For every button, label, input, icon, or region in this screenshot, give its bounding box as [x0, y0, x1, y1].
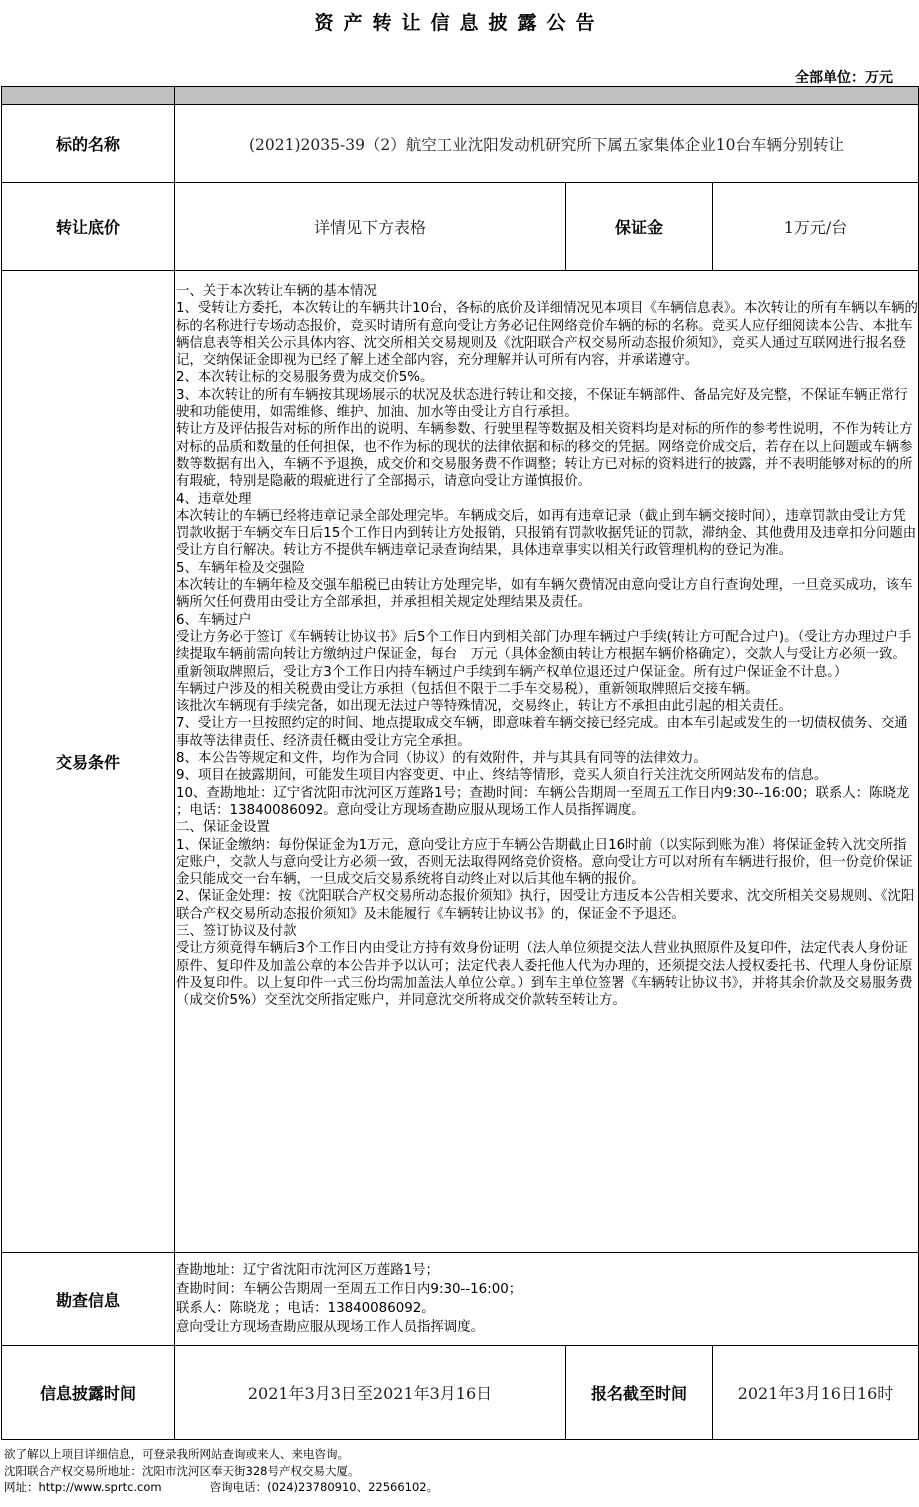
disclosure-table: 标的名称 (2021)2035-39（2）航空工业沈阳发动机研究所下属五家集体企… — [1, 86, 919, 1440]
conditions-row: 交易条件 一、关于本次转让车辆的基本情况 1、受转让方委托，本次转让的车辆共计1… — [2, 271, 919, 1253]
condition-line: 8、本公告等规定和文件，均作为合同（协议）的有效附件，并与其具有同等的法律效力。 — [176, 750, 918, 767]
condition-line: 3、本次转让的所有车辆按其现场展示的状况及状态进行转让和交接，不保证车辆部件、备… — [176, 387, 918, 422]
condition-line: 二、保证金设置 — [176, 819, 918, 836]
disclosure-time-row: 信息披露时间 2021年3月3日至2021年3月16日 报名截至时间 2021年… — [2, 1346, 919, 1440]
header-cell-left — [2, 87, 175, 105]
page-title: 资产转让信息披露公告 — [0, 8, 919, 35]
disclosure-time-label: 信息披露时间 — [2, 1346, 175, 1440]
subject-name-row: 标的名称 (2021)2035-39（2）航空工业沈阳发动机研究所下属五家集体企… — [2, 105, 919, 183]
condition-line: 一、关于本次转让车辆的基本情况 — [176, 283, 918, 300]
header-cell-right — [175, 87, 919, 105]
registration-deadline-value: 2021年3月16日16时 — [713, 1346, 919, 1440]
footer-info-line: 欲了解以上项目详细信息，可登录我所网站查询或来人、来电咨询。 — [4, 1446, 438, 1463]
condition-line: 2、本次转让标的交易服务费为成交价5%。 — [176, 369, 918, 386]
condition-line: 6、车辆过户 — [176, 612, 918, 629]
phone-value: (024)23780910、22566102。 — [267, 1480, 438, 1494]
inspection-line: 联系人：陈晓龙 ；电话：13840086092。 — [176, 1299, 918, 1318]
unit-label: 全部单位：万元 — [795, 67, 893, 87]
registration-deadline-label: 报名截至时间 — [566, 1346, 713, 1440]
condition-line: 转让方及评估报告对标的所作出的说明、车辆参数、行驶里程等数据及相关资料均是对标的… — [176, 421, 918, 490]
conditions-text: 一、关于本次转让车辆的基本情况 1、受转让方委托，本次转让的车辆共计10台，各标… — [175, 271, 919, 1253]
subject-name-value: (2021)2035-39（2）航空工业沈阳发动机研究所下属五家集体企业10台车… — [175, 105, 919, 183]
phone-label: 咨询电话： — [210, 1480, 268, 1494]
reserve-price-row: 转让底价 详情见下方表格 保证金 1万元/台 — [2, 183, 919, 271]
disclosure-time-value: 2021年3月3日至2021年3月16日 — [175, 1346, 566, 1440]
deposit-label: 保证金 — [566, 183, 713, 271]
footer-address-line: 沈阳联合产权交易所地址：沈阳市沈河区奉天街328号产权交易大厦。 — [4, 1463, 438, 1480]
conditions-label: 交易条件 — [2, 271, 175, 1253]
condition-line: 10、查勘地址：辽宁省沈阳市沈河区万莲路1号；查勘时间：车辆公告期周一至周五工作… — [176, 785, 918, 820]
condition-line: 受让方务必于签订《车辆转让协议书》后5个工作日内到相关部门办理车辆过户手续(转让… — [176, 629, 918, 681]
condition-line: 9、项目在披露期间，可能发生项目内容变更、中止、终结等情形，竞买人须自行关注沈交… — [176, 767, 918, 784]
header-row — [2, 87, 919, 105]
condition-line: 1、保证金缴纳：每份保证金为1万元，意向受让方应于车辆公告期截止日16时前（以实… — [176, 837, 918, 889]
website-link[interactable]: http://www.sprtc.com — [39, 1480, 162, 1494]
condition-line: 7、受让方一旦按照约定的时间、地点提取成交车辆，即意味着车辆交接已经完成。由本车… — [176, 715, 918, 750]
footer-contact-line: 网址：http://www.sprtc.com咨询电话：(024)2378091… — [4, 1479, 438, 1496]
condition-line: 5、车辆年检及交强险 — [176, 560, 918, 577]
inspection-line: 意向受让方现场查勘应服从现场工作人员指挥调度。 — [176, 1318, 918, 1337]
inspection-label: 勘查信息 — [2, 1253, 175, 1346]
condition-line: 1、受转让方委托，本次转让的车辆共计10台，各标的底价及详细情况见本项目《车辆信… — [176, 300, 918, 369]
condition-line: 2、保证金处理：按《沈阳联合产权交易所动态报价须知》执行，因受让方违反本公告相关… — [176, 888, 918, 923]
inspection-line: 查勘地址：辽宁省沈阳市沈河区万莲路1号； — [176, 1261, 918, 1280]
inspection-line: 查勘时间：车辆公告期周一至周五工作日内9:30--16:00； — [176, 1280, 918, 1299]
reserve-price-value: 详情见下方表格 — [175, 183, 566, 271]
condition-line: 车辆过户涉及的相关税费由受让方承担（包括但不限于二手车交易税），重新领取牌照后交… — [176, 681, 918, 698]
inspection-row: 勘查信息 查勘地址：辽宁省沈阳市沈河区万莲路1号； 查勘时间：车辆公告期周一至周… — [2, 1253, 919, 1346]
website-label: 网址： — [4, 1480, 39, 1494]
subject-name-label: 标的名称 — [2, 105, 175, 183]
deposit-value: 1万元/台 — [713, 183, 919, 271]
condition-line: 受让方须竟得车辆后3个工作日内由受让方持有效身份证明（法人单位须提交法人营业执照… — [176, 940, 918, 1009]
condition-line: 4、违章处理 — [176, 491, 918, 508]
condition-line: 本次转让的车辆已经将违章记录全部处理完毕。车辆成交后，如再有违章记录（截止到车辆… — [176, 508, 918, 560]
reserve-price-label: 转让底价 — [2, 183, 175, 271]
condition-line: 本次转让的车辆年检及交强车船税已由转让方处理完毕，如有车辆欠费情况由意向受让方自… — [176, 577, 918, 612]
condition-line: 三、签订协议及付款 — [176, 923, 918, 940]
condition-line: 该批次车辆现有手续完备，如出现无法过户等特殊情况，交易终止，转让方不承担由此引起… — [176, 698, 918, 715]
footer: 欲了解以上项目详细信息，可登录我所网站查询或来人、来电咨询。 沈阳联合产权交易所… — [4, 1446, 438, 1496]
inspection-text: 查勘地址：辽宁省沈阳市沈河区万莲路1号； 查勘时间：车辆公告期周一至周五工作日内… — [175, 1253, 919, 1346]
